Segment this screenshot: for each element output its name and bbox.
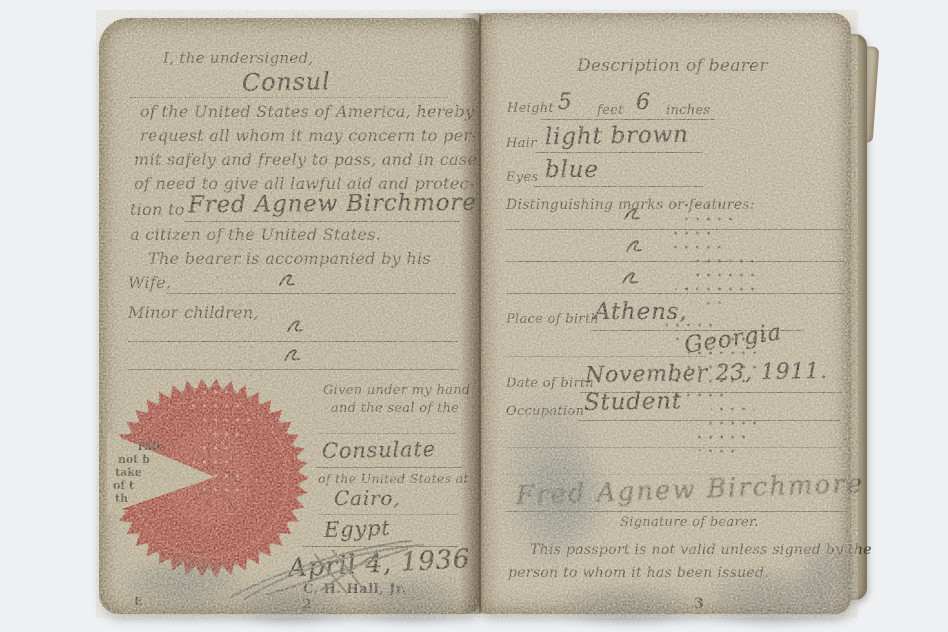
given-line-1: Given under my hand: [323, 383, 471, 398]
height-label: Height: [507, 101, 554, 116]
ink-stain: [520, 450, 610, 550]
null-entry-squiggle: [619, 270, 647, 288]
description-title: Description of bearer: [577, 56, 768, 76]
occupation-value: Student: [584, 388, 682, 416]
declaration-line-2: request all whom it may concern to per-: [140, 126, 477, 145]
passport-scan: I, the undersigned, Consul of the United…: [0, 0, 948, 632]
birthplace-label: Place of birth: [506, 312, 599, 327]
office-title-handwritten: Consul: [242, 67, 331, 97]
wife-label: Wife,: [128, 273, 171, 292]
height-feet-value: 5: [558, 90, 573, 115]
signature-caption: Signature of bearer.: [620, 515, 759, 530]
blank-line: [318, 433, 458, 434]
protection-prefix: tion to: [130, 200, 185, 219]
accompany-line: The bearer is accompanied by his: [148, 249, 431, 268]
eyes-line: [533, 186, 703, 187]
eyes-value: blue: [545, 157, 599, 183]
feet-label: feet: [597, 103, 624, 118]
caution-text-fragment: This not b take of t th: [112, 440, 163, 505]
office-title-line: [130, 97, 448, 98]
bearer-name-handwritten: Fred Agnew Birchmore: [188, 190, 477, 219]
of-united-states-at: of the United States at: [318, 471, 469, 486]
center-seam: [479, 14, 481, 613]
bearer-name-line: [184, 221, 460, 222]
null-entry-squiggle: [284, 318, 312, 336]
inches-label: inches: [666, 103, 710, 118]
children-line-1: [128, 341, 458, 342]
height-line: [540, 119, 715, 120]
smudge-stain: [230, 580, 350, 625]
declaration-line-1: of the United States of America, hereby: [140, 102, 474, 121]
null-entry-squiggle: [623, 238, 651, 256]
smudge-stain: [355, 572, 470, 624]
null-entry-squiggle: [281, 347, 309, 365]
issuing-office-handwritten: Consulate: [322, 437, 436, 463]
null-entry-squiggle: [276, 272, 304, 290]
birthdate-label: Date of birth: [506, 376, 594, 391]
children-line-2: [128, 369, 458, 370]
eyes-label: Eyes: [506, 170, 538, 185]
birthplace-value: Athens,: [594, 299, 687, 325]
height-inches-value: 6: [636, 90, 651, 115]
birthplace-line-2: [506, 356, 706, 357]
wife-line: [166, 293, 456, 294]
smudge-stain: [795, 535, 860, 620]
hair-label: Hair: [506, 136, 537, 151]
marks-line-2: [506, 261, 844, 262]
hair-line: [535, 152, 703, 153]
hair-value: light brown: [545, 122, 689, 151]
given-line-2: and the seal of the: [331, 401, 459, 416]
declaration-intro: I, the undersigned,: [163, 49, 313, 67]
declaration-line-3: mit safely and freely to pass, and in ca…: [134, 150, 477, 169]
occupation-line: [578, 420, 840, 421]
smudge-stain: [555, 583, 700, 625]
null-entry-squiggle: [621, 206, 649, 224]
city-handwritten: Cairo,: [334, 486, 400, 510]
office-line: [316, 467, 462, 468]
birthdate-value: November 23, 1911.: [585, 359, 828, 388]
city-line: [318, 514, 458, 515]
